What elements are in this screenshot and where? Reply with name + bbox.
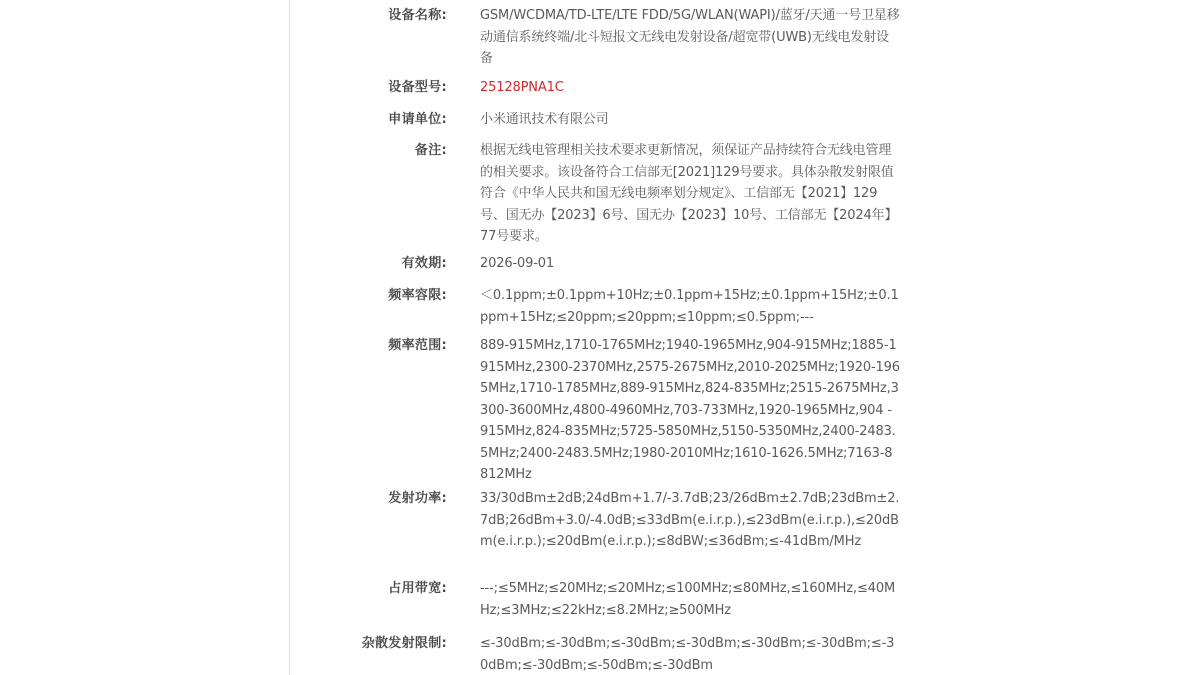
label-device-model: 设备型号: [290,75,447,101]
label-spurious-emission-limit: 杂散发射限制: [290,633,447,655]
label-applicant: 申请单位: [290,107,447,133]
value-device-name: GSM/WCDMA/TD-LTE/LTE FDD/5G/WLAN(WAPI)/蓝… [480,5,900,70]
label-frequency-range: 频率范围: [290,335,447,357]
label-transmit-power: 发射功率: [290,488,447,510]
value-spurious-emission-limit: ≤-30dBm;≤-30dBm;≤-30dBm;≤-30dBm;≤-30dBm;… [480,633,900,675]
label-frequency-tolerance: 频率容限: [290,285,447,307]
label-occupied-bandwidth: 占用带宽: [290,578,447,600]
value-applicant: 小米通讯技术有限公司 [480,107,900,133]
label-remarks: 备注: [290,140,447,162]
value-remarks: 根据无线电管理相关技术要求更新情况，须保证产品持续符合无线电管理的相关要求。该设… [480,140,900,248]
value-validity: 2026-09-01 [480,251,900,277]
label-device-name: 设备名称: [290,5,447,27]
value-transmit-power: 33/30dBm±2dB;24dBm+1.7/-3.7dB;23/26dBm±2… [480,488,900,553]
value-frequency-tolerance: ＜0.1ppm;±0.1ppm+10Hz;±0.1ppm+15Hz;±0.1pp… [480,285,900,328]
value-device-model: 25128PNA1C [480,75,900,101]
value-occupied-bandwidth: ---;≤5MHz;≤20MHz;≤20MHz;≤100MHz;≤80MHz,≤… [480,578,900,621]
label-validity: 有效期: [290,251,447,277]
value-frequency-range: 889-915MHz,1710-1765MHz;1940-1965MHz,904… [480,335,900,486]
